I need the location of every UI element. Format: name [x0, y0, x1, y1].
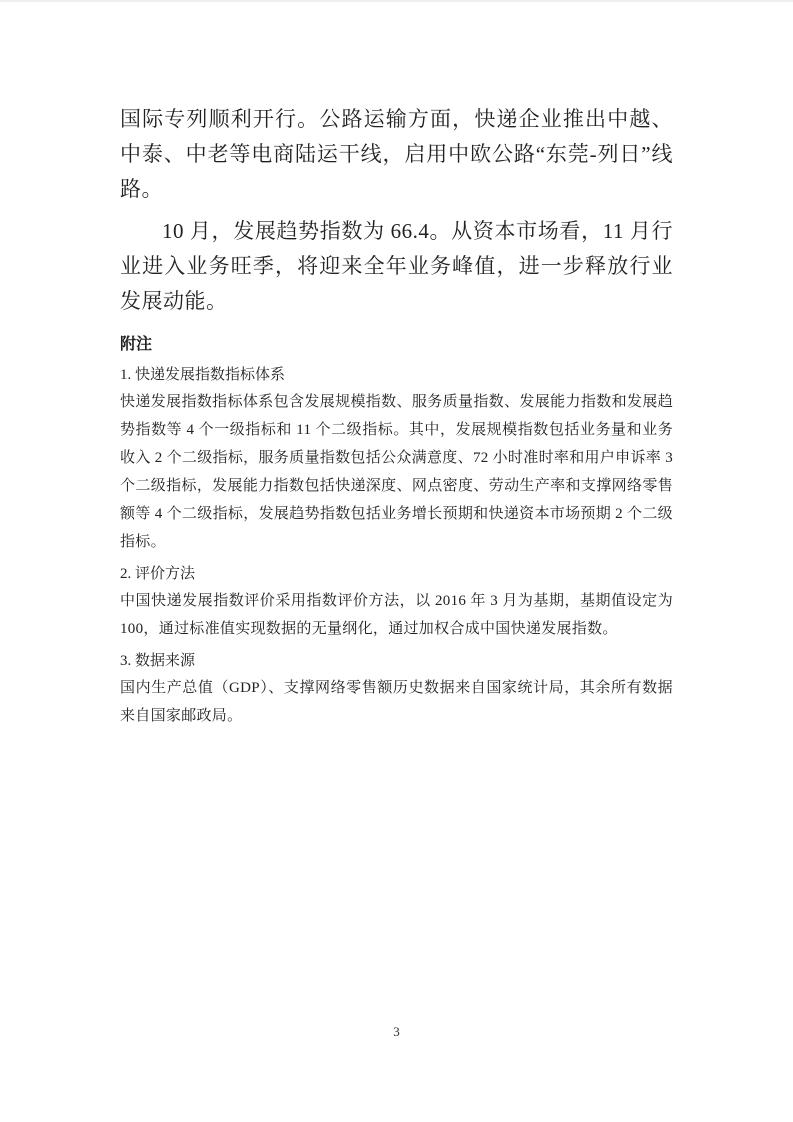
notes-heading: 附注: [120, 333, 673, 357]
paragraph-development-trend-index: 10 月，发展趋势指数为 66.4。从资本市场看，11 月行业进入业务旺季，将迎…: [120, 214, 673, 319]
page-content: 国际专列顺利开行。公路运输方面，快递企业推出中越、中泰、中老等电商陆运干线，启用…: [120, 2, 673, 730]
paragraph-rail-road-transport: 国际专列顺利开行。公路运输方面，快递企业推出中越、中泰、中老等电商陆运干线，启用…: [120, 102, 673, 207]
note-body-index-system: 快递发展指数指标体系包含发展规模指数、服务质量指数、发展能力指数和发展趋势指数等…: [120, 388, 673, 556]
note-title-data-source: 3. 数据来源: [120, 648, 673, 674]
document-page: 国际专列顺利开行。公路运输方面，快递企业推出中越、中泰、中老等电商陆运干线，启用…: [0, 0, 793, 1122]
note-item-data-source: 3. 数据来源 国内生产总值（GDP）、支撑网络零售额历史数据来自国家统计局，其…: [120, 648, 673, 730]
note-title-index-system: 1. 快递发展指数指标体系: [120, 362, 673, 388]
note-title-evaluation-method: 2. 评价方法: [120, 561, 673, 587]
note-body-evaluation-method: 中国快递发展指数评价采用指数评价方法，以 2016 年 3 月为基期，基期值设定…: [120, 587, 673, 643]
page-number: 3: [0, 1024, 793, 1040]
note-item-index-system: 1. 快递发展指数指标体系 快递发展指数指标体系包含发展规模指数、服务质量指数、…: [120, 362, 673, 556]
note-item-evaluation-method: 2. 评价方法 中国快递发展指数评价采用指数评价方法，以 2016 年 3 月为…: [120, 561, 673, 643]
note-body-data-source: 国内生产总值（GDP）、支撑网络零售额历史数据来自国家统计局，其余所有数据来自国…: [120, 674, 673, 730]
